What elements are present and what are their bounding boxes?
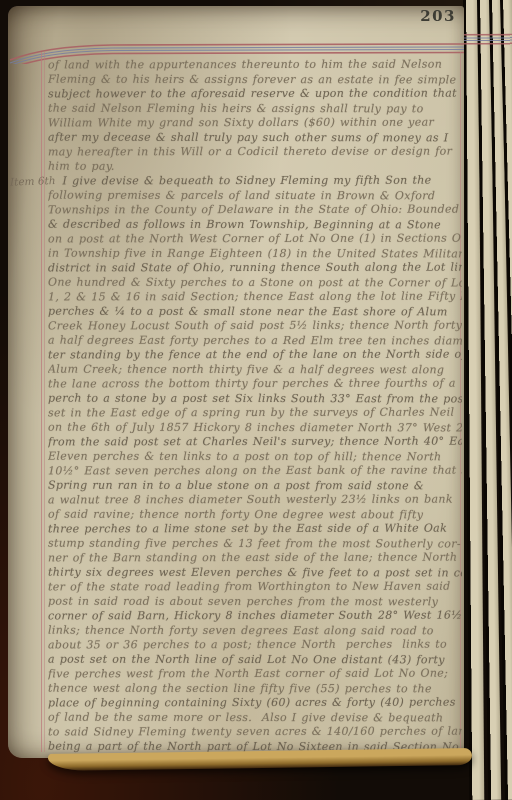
manuscript-line: I give devise & bequeath to Sidney Flemi… [48,174,462,189]
manuscript-line: links; thence North forty seven degrees … [48,623,462,638]
manuscript-line: perch to a stone by a post set Six links… [48,391,462,406]
manuscript-line: One hundred & Sixty perches to a Stone o… [48,275,462,290]
page-edge-rule-band [463,34,478,45]
page-number: 203 [420,7,456,25]
manuscript-text: of land with the appurtenances thereunto… [48,58,462,754]
manuscript-line: stump standing five perches & 13 feet fr… [48,536,462,551]
manuscript-line: Townships in the County of Delaware in t… [48,203,462,218]
manuscript-line: of said ravine; thence north forty One d… [48,507,462,522]
manuscript-line: ter standing by the fence at the end of … [48,348,462,363]
manuscript-line: Spring run ran in to a blue stone on a p… [48,478,462,493]
manuscript-line: on a post at the North West Corner of Lo… [48,232,462,247]
manuscript-line: of land with the appurtenances thereunto… [48,58,462,73]
manuscript-line: William White my grand son Sixty dollars… [48,116,462,131]
manuscript-line: ter of the state road leading from Worth… [48,580,462,595]
manuscript-line: post in said road is about seven perches… [48,594,462,609]
manuscript-line: about 35 or 36 perches to a post; thence… [48,638,462,653]
manuscript-line: may hereafter in this Will or a Codicil … [48,145,462,160]
manuscript-line: Creek Honey Locust South of said post 5½… [48,319,462,334]
manuscript-line: district in said State of Ohio, running … [48,261,462,276]
manuscript-line: on the 6th of July 1857 Hickory 8 inches… [48,420,462,435]
manuscript-line: subject however to the aforesaid reserve… [48,87,462,102]
manuscript-line: to said Sidney Fleming twenty seven acre… [48,725,462,740]
manuscript-line: the said Nelson Fleming his heirs & assi… [48,101,462,116]
manuscript-line: & described as follows in Brown Township… [48,217,462,232]
manuscript-line: following premises & parcels of land sit… [48,188,462,203]
manuscript-line: Fleming & to his heirs & assigns forever… [48,72,462,87]
left-margin-rule-inner [44,52,45,752]
manuscript-page: 203 Item 6th of land with the appurtenan… [8,6,464,758]
manuscript-line: Eleven perches & ten links to a post on … [48,449,462,464]
margin-note-item: Item 6th [10,175,44,188]
manuscript-line: five perches west from the North East co… [48,667,462,682]
manuscript-line: him to pay. [48,159,462,174]
manuscript-line: from the said post set at Charles Neil's… [48,435,462,450]
manuscript-line: in Township five in Range Eighteen (18) … [48,246,462,261]
manuscript-line: 1, 2 & 15 & 16 in said Section; thence E… [48,290,462,305]
book-photo-background: 203 Item 6th of land with the appurtenan… [0,0,512,800]
manuscript-line: perches & ¼ to a post & small stone near… [48,304,462,319]
manuscript-line: ner of the Barn standing on the east sid… [48,551,462,566]
manuscript-line: thence west along the section line fifty… [48,681,462,696]
manuscript-line: after my decease & shall truly pay such … [48,130,462,145]
manuscript-line: three perches to a lime stone set by the… [48,522,462,537]
manuscript-line: thirty six degrees west Eleven perches &… [48,565,462,580]
manuscript-line: the lane across the bottom thirty four p… [48,377,462,392]
left-margin-rule [41,52,42,752]
manuscript-line: Alum Creek; thence north thirty five & a… [48,362,462,377]
page-edge-rule-band [477,34,490,45]
manuscript-line: place of beginning containing Sixty (60)… [48,696,462,711]
manuscript-line: corner of said Barn, Hickory 8 inches di… [48,609,462,624]
manuscript-line: a post set on the North line of said Lot… [48,652,462,667]
manuscript-line: of land be the same more or less. Also I… [48,710,462,725]
page-edge-rule-band [501,34,512,45]
manuscript-line: a half degrees East forty perches to a R… [48,333,462,348]
manuscript-line: a walnut tree 8 inches diameter South we… [48,493,462,508]
manuscript-line: set in the East edge of a spring run by … [48,406,462,421]
manuscript-line: 10½° East seven perches along on the Eas… [48,464,462,479]
